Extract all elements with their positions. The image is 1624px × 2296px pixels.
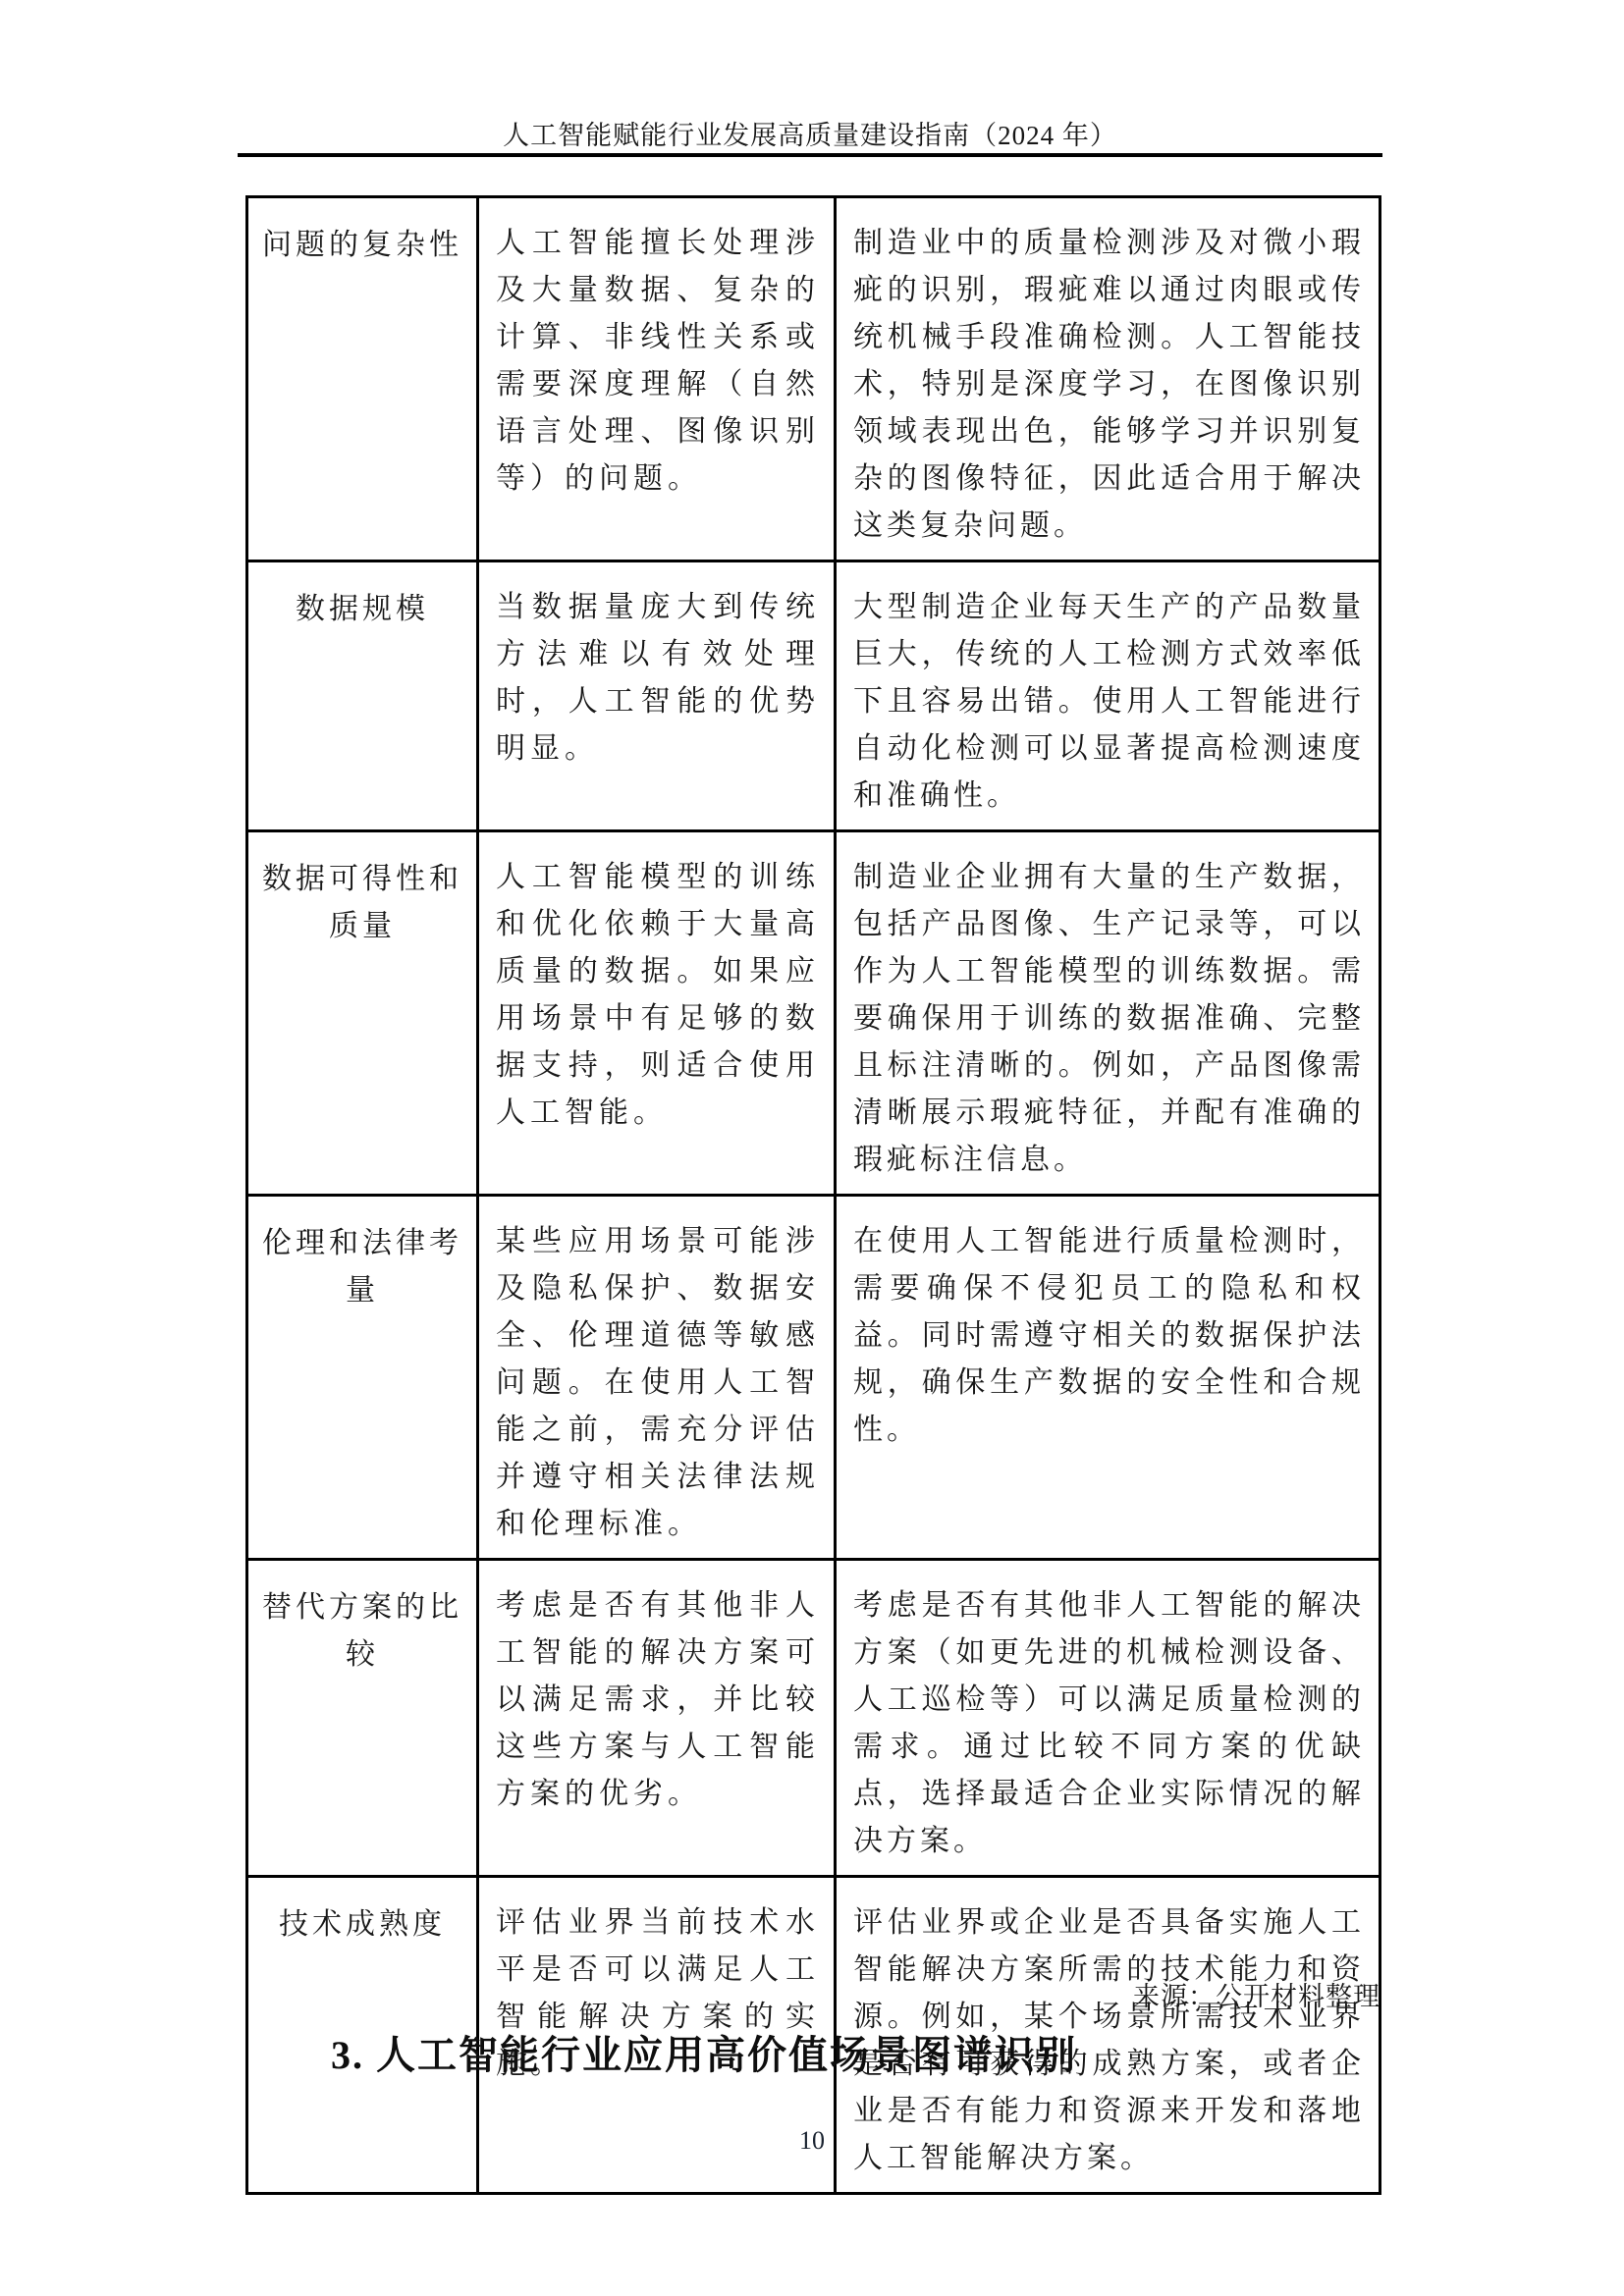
table-row: 替代方案的比较 考虑是否有其他非人工智能的解决方案可以满足需求，并比较这些方案与… (247, 1560, 1380, 1877)
criterion-example: 制造业企业拥有大量的生产数据，包括产品图像、生产记录等，可以作为人工智能模型的训… (836, 831, 1380, 1196)
table-row: 伦理和法律考量 某些应用场景可能涉及隐私保护、数据安全、伦理道德等敏感问题。在使… (247, 1196, 1380, 1560)
criterion-example: 考虑是否有其他非人工智能的解决方案（如更先进的机械检测设备、人工巡检等）可以满足… (836, 1560, 1380, 1877)
criterion-description: 人工智能模型的训练和优化依赖于大量高质量的数据。如果应用场景中有足够的数据支持，… (478, 831, 836, 1196)
criterion-description: 当数据量庞大到传统方法难以有效处理时，人工智能的优势明显。 (478, 561, 836, 831)
criterion-label: 替代方案的比较 (247, 1560, 478, 1877)
document-header-title: 人工智能赋能行业发展高质量建设指南（2024 年） (238, 114, 1382, 152)
criterion-example: 制造业中的质量检测涉及对微小瑕疵的识别，瑕疵难以通过肉眼或传统机械手段准确检测。… (836, 197, 1380, 561)
criterion-label: 数据规模 (247, 561, 478, 831)
criterion-example: 大型制造企业每天生产的产品数量巨大，传统的人工检测方式效率低下且容易出错。使用人… (836, 561, 1380, 831)
table-row: 数据规模 当数据量庞大到传统方法难以有效处理时，人工智能的优势明显。 大型制造企… (247, 561, 1380, 831)
criterion-label: 数据可得性和质量 (247, 831, 478, 1196)
table-source-note: 来源：公开材料整理 (245, 1975, 1380, 2013)
header-divider-rule (238, 153, 1382, 157)
criterion-description: 人工智能擅长处理涉及大量数据、复杂的计算、非线性关系或需要深度理解（自然语言处理… (478, 197, 836, 561)
criterion-description: 考虑是否有其他非人工智能的解决方案可以满足需求，并比较这些方案与人工智能方案的优… (478, 1560, 836, 1877)
criterion-label: 问题的复杂性 (247, 197, 478, 561)
page-number: 10 (0, 2126, 1624, 2156)
table-row: 问题的复杂性 人工智能擅长处理涉及大量数据、复杂的计算、非线性关系或需要深度理解… (247, 197, 1380, 561)
criterion-label: 伦理和法律考量 (247, 1196, 478, 1560)
table-row: 数据可得性和质量 人工智能模型的训练和优化依赖于大量高质量的数据。如果应用场景中… (247, 831, 1380, 1196)
criterion-description: 某些应用场景可能涉及隐私保护、数据安全、伦理道德等敏感问题。在使用人工智能之前，… (478, 1196, 836, 1560)
criterion-example: 在使用人工智能进行质量检测时，需要确保不侵犯员工的隐私和权益。同时需遵守相关的数… (836, 1196, 1380, 1560)
section-heading: 3. 人工智能行业应用高价值场景图谱识别 (331, 2024, 1077, 2080)
ai-applicability-criteria-table: 问题的复杂性 人工智能擅长处理涉及大量数据、复杂的计算、非线性关系或需要深度理解… (245, 195, 1381, 2195)
